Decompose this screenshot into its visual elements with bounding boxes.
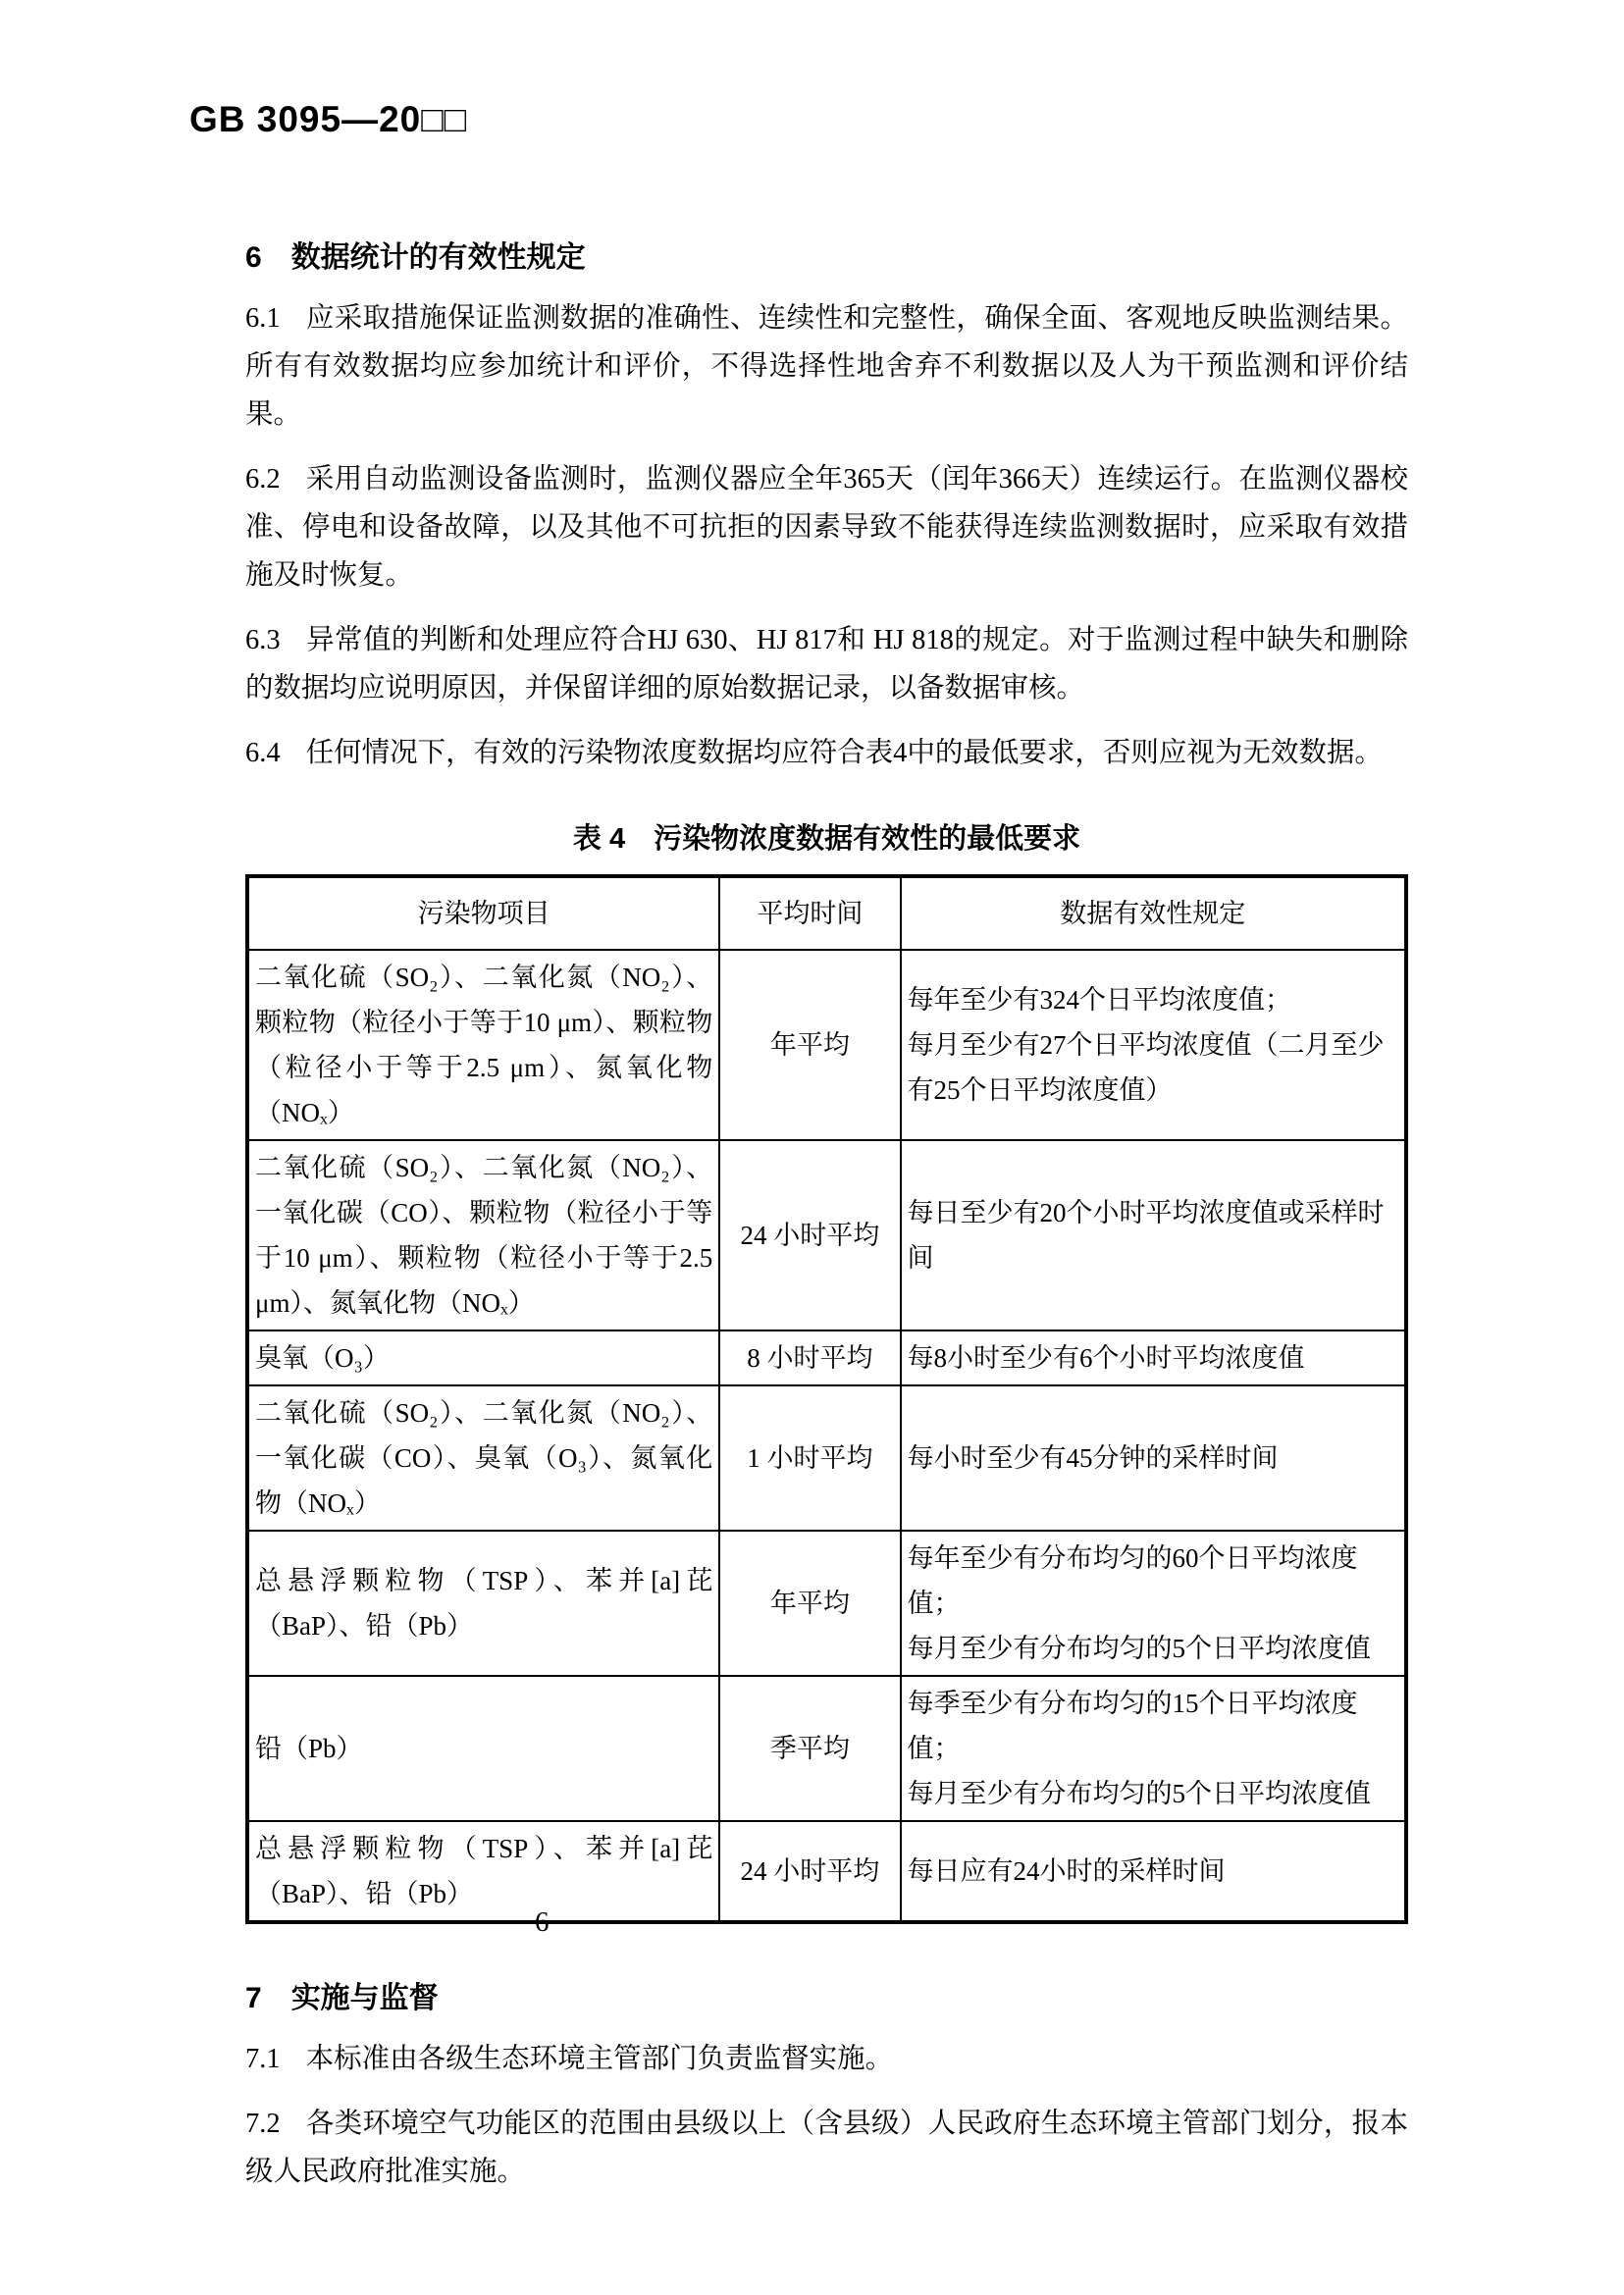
table-4-caption: 表 4 污染物浓度数据有效性的最低要求	[245, 816, 1408, 857]
pollutant-cell: 二氧化硫（SO₂）、二氧化氮（NO₂）、一氧化碳（CO）、臭氧（O₃）、氮氧化物…	[247, 1385, 719, 1531]
header-pollutant: 污染物项目	[247, 876, 719, 950]
requirement-cell: 每季至少有分布均匀的15个日平均浓度值； 每月至少有分布均匀的5个日平均浓度值	[901, 1676, 1406, 1821]
pollutant-cell: 臭氧（O₃）	[247, 1330, 719, 1385]
requirement-cell: 每小时至少有45分钟的采样时间	[901, 1385, 1406, 1531]
clause-6-2: 6.2采用自动监测设备监测时，监测仪器应全年365天（闰年366天）连续运行。在…	[245, 455, 1408, 600]
requirement-cell: 每日应有24小时的采样时间	[901, 1821, 1406, 1922]
requirement-cell: 每8小时至少有6个小时平均浓度值	[901, 1330, 1406, 1385]
table-row: 铅（Pb） 季平均 每季至少有分布均匀的15个日平均浓度值； 每月至少有分布均匀…	[247, 1676, 1406, 1821]
requirement-cell: 每年至少有324个日平均浓度值； 每月至少有27个日平均浓度值（二月至少有25个…	[901, 950, 1406, 1140]
pollutant-cell: 总悬浮颗粒物（TSP）、苯并[a]芘（BaP）、铅（Pb）	[247, 1821, 719, 1922]
clause-7-2: 7.2各类环境空气功能区的范围由县级以上（含县级）人民政府生态环境主管部门划分，…	[245, 2100, 1408, 2196]
period-cell: 季平均	[719, 1676, 900, 1821]
section-6-number: 6	[245, 238, 262, 278]
table-row: 二氧化硫（SO₂）、二氧化氮（NO₂）、一氧化碳（CO）、颗粒物（粒径小于等于1…	[247, 1140, 1406, 1330]
clause-6-3-text: 异常值的判断和处理应符合HJ 630、HJ 817和 HJ 818的规定。对于监…	[245, 625, 1408, 704]
clause-6-4: 6.4任何情况下，有效的污染物浓度数据均应符合表4中的最低要求，否则应视为无效数…	[245, 729, 1408, 777]
period-cell: 1 小时平均	[719, 1385, 900, 1531]
section-6-title: 数据统计的有效性规定	[291, 241, 586, 274]
clause-7-1: 7.1本标准由各级生态环境主管部门负责监督实施。	[245, 2035, 1408, 2083]
section-7-heading: 7实施与监督	[245, 1979, 1408, 2018]
table-header-row: 污染物项目 平均时间 数据有效性规定	[247, 876, 1406, 950]
pollutant-cell: 铅（Pb）	[247, 1676, 719, 1821]
table-row: 臭氧（O₃） 8 小时平均 每8小时至少有6个小时平均浓度值	[247, 1330, 1406, 1385]
clause-6-1-number: 6.1	[245, 294, 281, 342]
clause-6-2-number: 6.2	[245, 455, 281, 503]
header-period: 平均时间	[719, 876, 900, 950]
clause-6-1: 6.1应采取措施保证监测数据的准确性、连续性和完整性，确保全面、客观地反映监测结…	[245, 294, 1408, 439]
period-cell: 8 小时平均	[719, 1330, 900, 1385]
table-row: 总悬浮颗粒物（TSP）、苯并[a]芘（BaP）、铅（Pb） 24 小时平均 每日…	[247, 1821, 1406, 1922]
clause-6-4-text: 任何情况下，有效的污染物浓度数据均应符合表4中的最低要求，否则应视为无效数据。	[306, 738, 1383, 768]
page-number: 6	[535, 1906, 550, 1939]
period-cell: 年平均	[719, 950, 900, 1140]
clause-7-2-text: 各类环境空气功能区的范围由县级以上（含县级）人民政府生态环境主管部门划分，报本级…	[245, 2109, 1408, 2187]
clause-6-4-number: 6.4	[245, 729, 281, 777]
pollutant-cell: 二氧化硫（SO₂）、二氧化氮（NO₂）、颗粒物（粒径小于等于10 μm）、颗粒物…	[247, 950, 719, 1140]
clause-7-1-number: 7.1	[245, 2035, 281, 2083]
pollutant-cell: 二氧化硫（SO₂）、二氧化氮（NO₂）、一氧化碳（CO）、颗粒物（粒径小于等于1…	[247, 1140, 719, 1330]
table-row: 二氧化硫（SO₂）、二氧化氮（NO₂）、颗粒物（粒径小于等于10 μm）、颗粒物…	[247, 950, 1406, 1140]
section-6-heading: 6数据统计的有效性规定	[245, 238, 1408, 278]
table-4: 污染物项目 平均时间 数据有效性规定 二氧化硫（SO₂）、二氧化氮（NO₂）、颗…	[245, 874, 1408, 1924]
table-row: 总悬浮颗粒物（TSP）、苯并[a]芘（BaP）、铅（Pb） 年平均 每年至少有分…	[247, 1531, 1406, 1676]
document-page: GB 3095—20□□ 6数据统计的有效性规定 6.1应采取措施保证监测数据的…	[0, 0, 1624, 2295]
clause-6-3: 6.3异常值的判断和处理应符合HJ 630、HJ 817和 HJ 818的规定。…	[245, 616, 1408, 712]
period-cell: 24 小时平均	[719, 1821, 900, 1922]
clause-6-3-number: 6.3	[245, 616, 281, 664]
clause-7-1-text: 本标准由各级生态环境主管部门负责监督实施。	[306, 2044, 894, 2074]
section-7-title: 实施与监督	[291, 1982, 439, 2014]
pollutant-cell: 总悬浮颗粒物（TSP）、苯并[a]芘（BaP）、铅（Pb）	[247, 1531, 719, 1676]
clause-7-2-number: 7.2	[245, 2100, 281, 2148]
header-requirement: 数据有效性规定	[901, 876, 1406, 950]
clause-6-1-text: 应采取措施保证监测数据的准确性、连续性和完整性，确保全面、客观地反映监测结果。所…	[245, 303, 1408, 430]
requirement-cell: 每日至少有20个小时平均浓度值或采样时间	[901, 1140, 1406, 1330]
page-content: 6数据统计的有效性规定 6.1应采取措施保证监测数据的准确性、连续性和完整性，确…	[245, 0, 1408, 2196]
table-row: 二氧化硫（SO₂）、二氧化氮（NO₂）、一氧化碳（CO）、臭氧（O₃）、氮氧化物…	[247, 1385, 1406, 1531]
period-cell: 24 小时平均	[719, 1140, 900, 1330]
requirement-cell: 每年至少有分布均匀的60个日平均浓度值； 每月至少有分布均匀的5个日平均浓度值	[901, 1531, 1406, 1676]
section-7-number: 7	[245, 1979, 262, 2018]
period-cell: 年平均	[719, 1531, 900, 1676]
clause-6-2-text: 采用自动监测设备监测时，监测仪器应全年365天（闰年366天）连续运行。在监测仪…	[245, 464, 1408, 591]
